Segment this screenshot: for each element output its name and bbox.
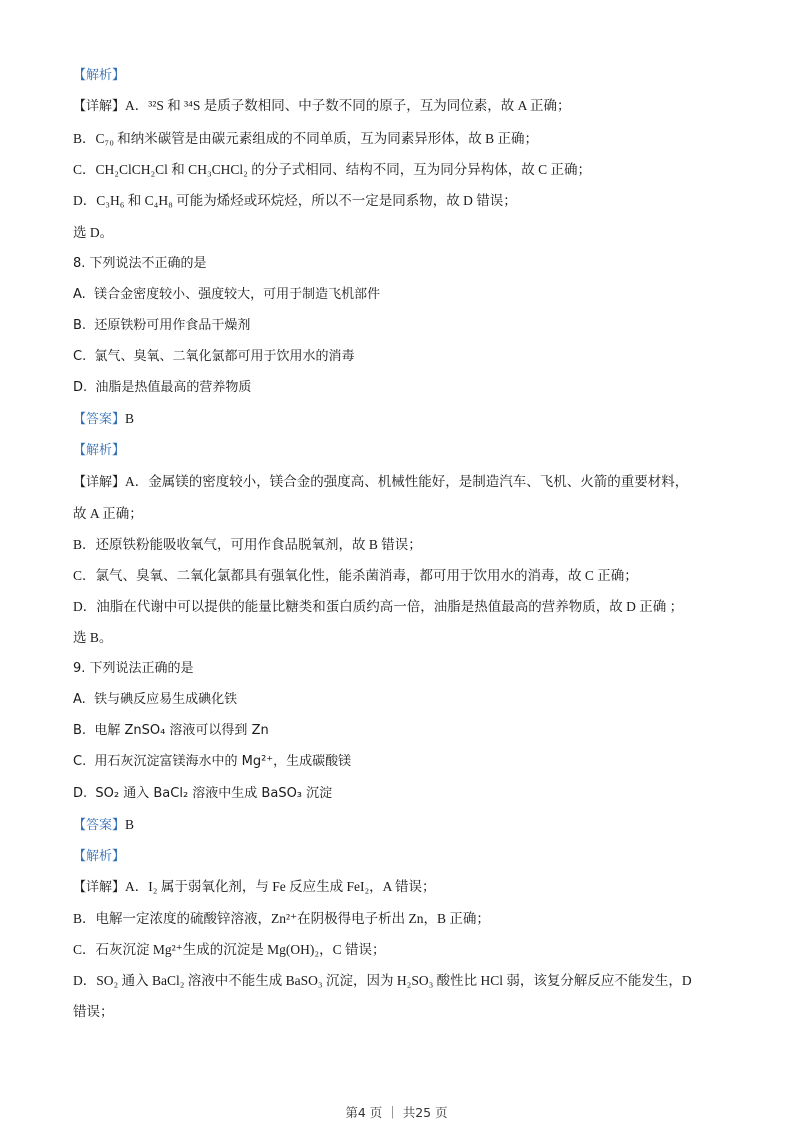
q7-detail-b: B．C₇₀ 和纳米碳管是由碳元素组成的不同单质，互为同素异形体，故 B 正确； [73, 129, 733, 149]
q8-detail-a: 【详解】A．金属镁的密度较小，镁合金的强度高、机械性能好，是制造汽车、飞机、火箭… [73, 472, 733, 493]
option-text: 电解 ZnSO₄ 溶液可以得到 Zn [94, 723, 268, 738]
q9-detail-d-cont: 错误； [73, 1002, 733, 1022]
q9-analysis-label: 【解析】 [73, 846, 733, 867]
answer-tag: 【答案】 [73, 412, 125, 427]
q9-detail-c: C．石灰沉淀 Mg²⁺生成的沉淀是 Mg(OH)₂，C 错误； [73, 940, 733, 960]
q9-detail-b: B．电解一定浓度的硫酸锌溶液，Zn²⁺在阴极得电子析出 Zn，B 正确； [73, 909, 733, 929]
option-text: 还原铁粉可用作食品干燥剂 [94, 318, 250, 333]
q8-option-c: C. 氯气、臭氧、二氧化氯都可用于饮用水的消毒 [73, 347, 733, 367]
analysis-tag: 【解析】 [73, 68, 125, 83]
answer-value: B [125, 411, 134, 426]
q8-detail-a-cont: 故 A 正确； [73, 504, 733, 524]
q9-detail-a-text: A．I₂ 属于弱氧化剂，与 Fe 反应生成 FeI₂，A 错误； [125, 879, 436, 894]
q8-detail-a-text: A．金属镁的密度较小，镁合金的强度高、机械性能好，是制造汽车、飞机、火箭的重要材… [125, 474, 688, 489]
q7-detail-a: 【详解】A．³²S 和 ³⁴S 是质子数相同、中子数不同的原子，互为同位素，故 … [73, 96, 733, 117]
option-text: 氯气、臭氧、二氧化氯都可用于饮用水的消毒 [94, 349, 354, 364]
detail-tag: 【详解】 [73, 475, 125, 490]
q9-detail-d: D．SO₂ 通入 BaCl₂ 溶液中不能生成 BaSO₃ 沉淀，因为 H₂SO₃… [73, 971, 733, 991]
q9-option-d: D. SO₂ 通入 BaCl₂ 溶液中生成 BaSO₃ 沉淀 [73, 784, 733, 804]
answer-tag: 【答案】 [73, 818, 125, 833]
option-key: A. [73, 692, 86, 707]
page-footer: 第4 页 ｜ 共25 页 [0, 1103, 793, 1121]
document-page: 【解析】 【详解】A．³²S 和 ³⁴S 是质子数相同、中子数不同的原子，互为同… [0, 0, 793, 1122]
q7-detail-c: C．CH₂ClCH₂Cl 和 CH₃CHCl₂ 的分子式相同、结构不同，互为同分… [73, 160, 733, 180]
option-text: 镁合金密度较小、强度较大，可用于制造飞机部件 [94, 287, 380, 302]
option-key: C. [73, 754, 86, 769]
analysis-tag: 【解析】 [73, 443, 125, 458]
q8-detail-c: C．氯气、臭氧、二氧化氯都具有强氧化性，能杀菌消毒，都可用于饮用水的消毒，故 C… [73, 566, 733, 586]
q9-stem: 9. 下列说法正确的是 [73, 659, 733, 679]
option-key: B. [73, 318, 86, 333]
q7-detail-d: D．C₃H₆ 和 C₄H₈ 可能为烯烃或环烷烃，所以不一定是同系物，故 D 错误… [73, 191, 733, 211]
q7-detail-a-text: A．³²S 和 ³⁴S 是质子数相同、中子数不同的原子，互为同位素，故 A 正确… [125, 98, 571, 113]
q8-stem: 8. 下列说法不正确的是 [73, 254, 733, 274]
detail-tag: 【详解】 [73, 880, 125, 895]
q8-conclusion: 选 B。 [73, 628, 733, 648]
q8-analysis-label: 【解析】 [73, 440, 733, 461]
q7-conclusion: 选 D。 [73, 223, 733, 243]
option-text: 油脂是热值最高的营养物质 [95, 380, 251, 395]
option-key: D. [73, 786, 87, 801]
detail-tag: 【详解】 [73, 99, 125, 114]
option-text: 用石灰沉淀富镁海水中的 Mg²⁺，生成碳酸镁 [94, 754, 351, 769]
q8-option-d: D. 油脂是热值最高的营养物质 [73, 378, 733, 398]
q8-option-a: A. 镁合金密度较小、强度较大，可用于制造飞机部件 [73, 285, 733, 305]
q9-detail-a: 【详解】A．I₂ 属于弱氧化剂，与 Fe 反应生成 FeI₂，A 错误； [73, 877, 733, 898]
q9-option-c: C. 用石灰沉淀富镁海水中的 Mg²⁺，生成碳酸镁 [73, 752, 733, 772]
answer-value: B [125, 817, 134, 832]
option-text: SO₂ 通入 BaCl₂ 溶液中生成 BaSO₃ 沉淀 [95, 786, 332, 801]
q8-answer: 【答案】B [73, 409, 733, 430]
analysis-tag: 【解析】 [73, 849, 125, 864]
q8-detail-d: D．油脂在代谢中可以提供的能量比糖类和蛋白质约高一倍，油脂是热值最高的营养物质，… [73, 597, 733, 617]
q9-answer: 【答案】B [73, 815, 733, 836]
q9-option-a: A. 铁与碘反应易生成碘化铁 [73, 690, 733, 710]
q8-detail-b: B．还原铁粉能吸收氧气，可用作食品脱氧剂，故 B 错误； [73, 535, 733, 555]
q8-option-b: B. 还原铁粉可用作食品干燥剂 [73, 316, 733, 336]
option-key: C. [73, 349, 86, 364]
option-key: B. [73, 723, 86, 738]
option-key: A. [73, 287, 86, 302]
option-text: 铁与碘反应易生成碘化铁 [94, 692, 237, 707]
analysis-label: 【解析】 [73, 65, 733, 86]
option-key: D. [73, 380, 87, 395]
q9-option-b: B. 电解 ZnSO₄ 溶液可以得到 Zn [73, 721, 733, 741]
